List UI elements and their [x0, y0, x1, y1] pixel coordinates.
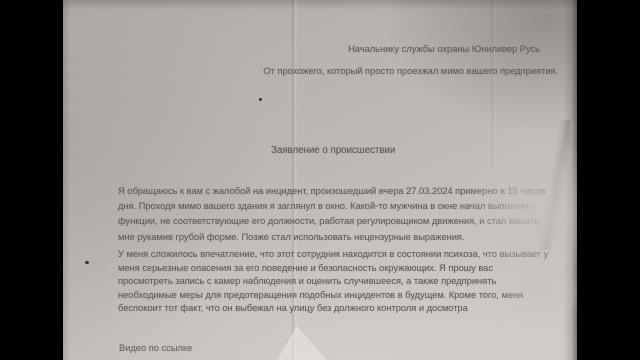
paragraph-line: мне рукамив грубой форме. Позже стал исп… — [118, 229, 545, 244]
paragraph-line: У меня сложилось впечатление, что этот с… — [118, 247, 548, 261]
paragraph-line: необходимые меры для предотвращения подо… — [118, 288, 548, 302]
paragraph-line: функции, не соответствующие его должност… — [118, 213, 545, 228]
ink-speck — [259, 98, 262, 101]
paper-faint-fold-crease — [491, 0, 496, 170]
paragraph-line: меня серьезные опасения за его поведение… — [118, 261, 548, 275]
footer-video-link-note: Видео по ссылке — [119, 342, 192, 353]
addressee-line: Начальнику службы охраны Юниливер Русь — [348, 43, 540, 54]
paragraph-line: дня. Проходя мимо вашего здания я заглян… — [118, 198, 545, 213]
paragraph-line: просмотреть запись с камер наблюдения и … — [118, 274, 548, 288]
paper-crease-highlight — [277, 326, 327, 360]
paragraph-line: беспокоит тот факт, что он выбежал на ул… — [118, 301, 548, 315]
letter-photo: Начальнику службы охраны Юниливер Русь О… — [63, 0, 577, 360]
ink-speck — [85, 261, 89, 264]
paper-top-shadow — [63, 0, 577, 10]
paragraph-incident-description: Я обращаюсь к вам с жалобой на инцидент,… — [118, 183, 545, 244]
paper-left-edge-shadow — [63, 0, 70, 360]
paragraph-line: Я обращаюсь к вам с жалобой на инцидент,… — [118, 183, 545, 198]
letter-title: Заявление о происшествии — [271, 145, 395, 156]
paragraph-concerns-request: У меня сложилось впечатление, что этот с… — [118, 247, 548, 315]
sender-line: От прохожего, который просто проезжал ми… — [263, 65, 558, 76]
video-frame-letterbox: Начальнику службы охраны Юниливер Русь О… — [0, 0, 640, 360]
